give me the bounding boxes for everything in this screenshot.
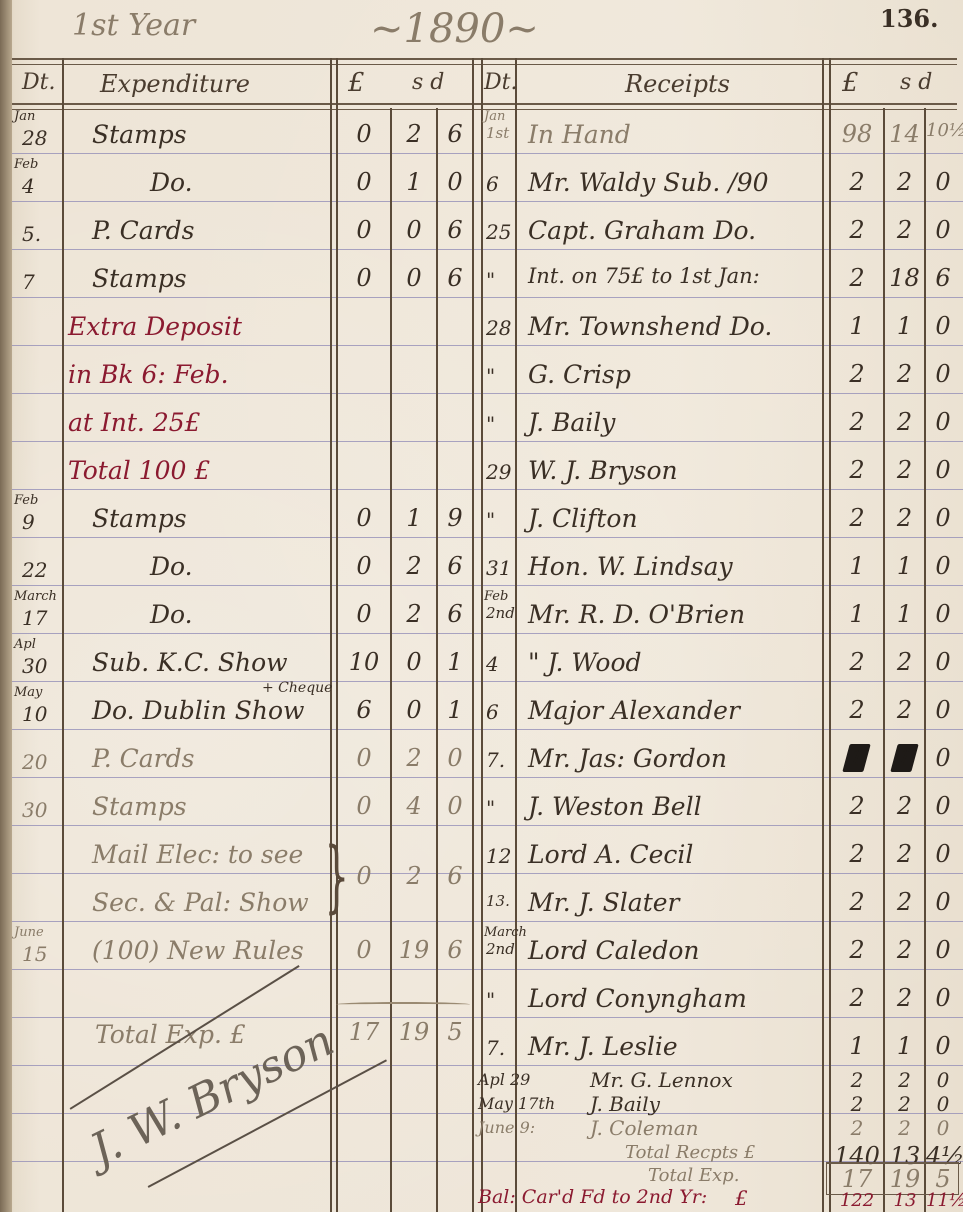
rec-row-day: 12 (486, 844, 511, 868)
exp-row-shillings: 0 (392, 696, 436, 724)
ruled-line (12, 489, 963, 490)
exp-row-day: 30 (22, 654, 47, 678)
total-exp-label: Total Exp. (648, 1165, 739, 1186)
late-row-date: Apl 29 (478, 1070, 530, 1089)
exp-row-shillings: 2 (392, 552, 436, 580)
late-row-pence: 0 (926, 1092, 960, 1116)
rec-date-header: Dt. (484, 70, 517, 95)
exp-row-description: Do. Dublin Show (92, 696, 304, 725)
exp-row-day: 20 (22, 750, 47, 774)
exp-row-description: Mail Elec: to see (92, 840, 303, 869)
exp-row-day: 7 (22, 270, 35, 294)
rec-row-pounds: 2 (831, 792, 883, 820)
rec-row-day: " (486, 988, 495, 1012)
total-exp-pounds: 17 (830, 1165, 884, 1193)
exp-row-shillings: 0 (392, 648, 436, 676)
ruled-line (12, 1065, 963, 1066)
exp-row-description: Do. (150, 552, 193, 581)
exp-row-description: Stamps (92, 504, 187, 533)
exp-row-description: Sub. K.C. Show (92, 648, 288, 677)
exp-row-month: Feb (14, 494, 38, 507)
header-top-rule (12, 58, 957, 60)
rec-row-pounds: 2 (831, 408, 883, 436)
rec-row-description: Mr. J. Leslie (528, 1032, 678, 1061)
rec-row-shillings: 14 (885, 120, 924, 148)
rec-row-pounds: 2 (831, 840, 883, 868)
rec-row-pounds-value: 2 (849, 888, 864, 916)
rec-row-pence: 0 (926, 648, 960, 676)
exp-total-pounds: 17 (338, 1018, 390, 1046)
rec-row-shillings: 1 (885, 552, 924, 580)
rec-row-shillings: 2 (885, 984, 924, 1012)
exp-row-description: Do. (150, 600, 193, 629)
exp-row-day: 9 (22, 510, 35, 534)
rec-row-pounds-value: 1 (849, 552, 864, 580)
exp-row-pounds: 0 (338, 792, 390, 820)
rec-row-day: 6 (486, 700, 499, 724)
page-number: 136. (880, 4, 938, 33)
rec-date-divider (515, 58, 517, 1212)
exp-row-pence: 6 (438, 600, 472, 628)
rec-row-shillings-value: 2 (897, 840, 912, 868)
rec-row-pounds-value: 2 (849, 408, 864, 436)
rec-row-month: Feb (484, 590, 508, 603)
ruled-line (12, 633, 963, 634)
rec-row-shillings-value: 1 (897, 1032, 912, 1060)
late-row-pounds: 2 (831, 1092, 883, 1116)
exp-row-day: 4 (22, 174, 35, 198)
rec-row-description: Mr. R. D. O'Brien (528, 600, 745, 629)
rec-row-pence: 0 (926, 696, 960, 724)
exp-row-day: 10 (22, 702, 47, 726)
rec-row-shillings-value: 2 (897, 360, 912, 388)
rec-row-pounds: 1 (831, 600, 883, 628)
rec-row-day: 7. (486, 1036, 505, 1060)
exp-pounds-header: £ (348, 68, 365, 98)
exp-row-description: (100) New Rules (92, 936, 304, 965)
rec-row-pounds: 1 (831, 552, 883, 580)
rec-row-pence: 0 (926, 552, 960, 580)
late-row-shillings: 2 (885, 1116, 924, 1140)
balance-shillings: 13 (885, 1190, 925, 1211)
rec-row-day: " (486, 268, 495, 292)
rec-row-pounds-value: 2 (849, 360, 864, 388)
rec-row-shillings: 18 (885, 264, 924, 292)
total-exp-shillings: 19 (885, 1165, 925, 1193)
late-row-pounds: 2 (831, 1116, 883, 1140)
rec-row-pence: 0 (926, 168, 960, 196)
rec-row-pounds: 2 (831, 216, 883, 244)
rec-row-pence: 0 (926, 936, 960, 964)
rec-row-pence: 0 (926, 792, 960, 820)
total-receipts-label: Total Recpts £ (625, 1142, 755, 1163)
rec-row-description: " J. Wood (528, 648, 642, 677)
rec-row-pence: 0 (926, 312, 960, 340)
page-divider-1 (472, 58, 474, 1212)
rec-description-header: Receipts (625, 70, 730, 98)
rec-row-shillings: 1 (885, 600, 924, 628)
rec-row-shillings: 2 (885, 504, 924, 532)
exp-row-description: Extra Deposit (68, 312, 242, 341)
rec-row-description: Mr. J. Slater (528, 888, 680, 917)
ruled-line (12, 681, 963, 682)
exp-row-description: Stamps (92, 120, 187, 149)
page-divider-2 (481, 58, 483, 1212)
exp-row-day: 28 (22, 126, 47, 150)
rec-row-description: Major Alexander (528, 696, 740, 725)
late-row-description: J. Coleman (590, 1116, 699, 1140)
exp-row-month: Apl (14, 638, 36, 651)
rec-row-pounds-value: 2 (849, 456, 864, 484)
exp-row-pounds: 0 (338, 264, 390, 292)
rec-row-month: Jan (484, 110, 505, 123)
rec-row-description: Int. on 75£ to 1st Jan: (528, 264, 760, 288)
late-row-pence: 0 (926, 1116, 960, 1140)
late-row-pence: 0 (926, 1068, 960, 1092)
exp-row-pence: 6 (438, 216, 472, 244)
exp-row-pence: 1 (438, 696, 472, 724)
rec-amount-divider-1 (822, 58, 824, 1212)
late-row-shillings: 2 (885, 1092, 924, 1116)
rec-pounds-header: £ (842, 68, 859, 98)
ruled-line (12, 201, 963, 202)
total-separator-line (336, 1002, 470, 1007)
rec-row-day: 2nd (486, 604, 515, 622)
rec-row-shillings: 2 (885, 216, 924, 244)
ruled-line (12, 777, 963, 778)
exp-row-description: Stamps (92, 792, 187, 821)
rec-row-pence: 0 (926, 888, 960, 916)
exp-row-pence: 9 (438, 504, 472, 532)
rec-row-description: Lord Conyngham (528, 984, 747, 1013)
exp-total-pence: 5 (438, 1018, 472, 1046)
late-row-description: Mr. G. Lennox (590, 1068, 733, 1092)
rec-row-pounds: 2 (831, 264, 883, 292)
rec-row-day: 29 (486, 460, 511, 484)
rec-row-shillings-value: 2 (897, 984, 912, 1012)
rec-row-description: In Hand (528, 120, 631, 149)
rec-row-pounds-value: 2 (849, 648, 864, 676)
ruled-line (12, 969, 963, 970)
rec-row-shillings: 2 (885, 936, 924, 964)
exp-row-pounds: 0 (338, 552, 390, 580)
rec-row-shillings: 2 (885, 168, 924, 196)
rec-row-day: 28 (486, 316, 511, 340)
rec-row-shillings-value: 1 (897, 312, 912, 340)
rec-row-pence: 0 (926, 456, 960, 484)
rec-row-shillings-value: 2 (897, 408, 912, 436)
rec-row-shillings-value: 1 (897, 552, 912, 580)
rec-row-pounds: 2 (831, 648, 883, 676)
rec-row-description: J. Baily (528, 408, 615, 437)
exp-row-pounds: 0 (338, 504, 390, 532)
rec-row-pence: 0 (926, 744, 960, 772)
exp-row-month: June (14, 926, 44, 939)
late-row-date: May 17th (478, 1094, 555, 1113)
year-heading: ~1890~ (370, 6, 539, 52)
ruled-line (12, 1017, 963, 1018)
exp-row-day: 17 (22, 606, 47, 630)
rec-row-day: 4 (486, 652, 499, 676)
rec-row-day: " (486, 508, 495, 532)
ruled-line (12, 345, 963, 346)
ruled-line (12, 393, 963, 394)
rec-row-pounds: 2 (831, 936, 883, 964)
rec-row-shillings: 2 (885, 408, 924, 436)
rec-row-pounds-value: 2 (849, 936, 864, 964)
exp-description-header: Expenditure (100, 70, 250, 98)
late-row-shillings: 2 (885, 1068, 924, 1092)
exp-row-pounds: 0 (338, 936, 390, 964)
exp-row-day: 22 (22, 558, 47, 582)
rec-row-pence: 0 (926, 600, 960, 628)
ruled-line (12, 441, 963, 442)
exp-row-shillings: 0 (392, 216, 436, 244)
ruled-line (12, 537, 963, 538)
rec-row-pounds-value: 2 (849, 504, 864, 532)
exp-row-pence: 6 (438, 552, 472, 580)
rec-row-description: Lord Caledon (528, 936, 700, 965)
ledger-page: 1st Year ~1890~ 136. Dt. Expenditure £ s… (0, 0, 963, 1212)
rec-row-pounds-value: 2 (849, 792, 864, 820)
exp-row-pounds: 10 (338, 648, 390, 676)
header-top-rule-2 (12, 64, 957, 65)
rec-sd-header: s d (900, 70, 932, 95)
exp-row-day: 15 (22, 942, 47, 966)
year-label: 1st Year (72, 8, 195, 43)
rec-row-day: 7. (486, 748, 505, 772)
exp-row-month: Feb (14, 158, 38, 171)
rec-row-shillings-value: 2 (897, 792, 912, 820)
rec-row-day: " (486, 364, 495, 388)
rec-row-pence: 0 (926, 504, 960, 532)
exp-row-pence: 0 (438, 744, 472, 772)
rec-row-description: Capt. Graham Do. (528, 216, 756, 245)
rec-row-pounds-value: 2 (849, 984, 864, 1012)
exp-row-description: P. Cards (92, 216, 194, 245)
rec-row-shillings-value: 2 (897, 936, 912, 964)
exp-row-pounds: 0 (338, 120, 390, 148)
rec-row-shillings-value: 2 (897, 504, 912, 532)
exp-row-pence: 6 (438, 936, 472, 964)
rec-row-description: Mr. Waldy Sub. /90 (528, 168, 769, 197)
rec-row-pence: 0 (926, 360, 960, 388)
exp-row-shillings: 19 (392, 936, 436, 964)
rec-row-shillings-value: 1 (897, 600, 912, 628)
exp-row-shillings: 0 (392, 264, 436, 292)
exp-row-pounds: 6 (338, 696, 390, 724)
rec-row-pence: 0 (926, 216, 960, 244)
rec-row-day: 31 (486, 556, 511, 580)
rec-row-pounds: 1 (831, 744, 883, 772)
rec-row-description: Hon. W. Lindsay (528, 552, 733, 581)
rec-row-pounds: 1 (831, 1032, 883, 1060)
rec-row-pounds-value: 2 (849, 696, 864, 724)
rec-row-pounds: 98 (831, 120, 883, 148)
rec-row-description: J. Clifton (528, 504, 638, 533)
rec-row-day: 1st (486, 124, 509, 142)
rec-row-day: " (486, 412, 495, 436)
exp-row-shillings: 1 (392, 504, 436, 532)
rec-row-shillings-value: 2 (897, 168, 912, 196)
rec-row-pounds: 2 (831, 360, 883, 388)
exp-row-pounds: 0 (338, 744, 390, 772)
ruled-line (12, 297, 963, 298)
exp-row-pounds: 0 (338, 216, 390, 244)
exp-row-pounds: 0 (338, 600, 390, 628)
exp-row-pence: 6 (438, 120, 472, 148)
balance-pounds: 122 (830, 1190, 884, 1211)
rec-row-pounds: 2 (831, 984, 883, 1012)
balance-currency: £ (735, 1186, 748, 1210)
exp-row-pounds: 0 (338, 168, 390, 196)
rec-row-shillings: 1 (885, 744, 924, 772)
rec-row-pounds-value: 1 (849, 600, 864, 628)
exp-row-shillings: 2 (392, 744, 436, 772)
exp-date-divider (62, 58, 64, 1212)
rec-row-pounds-value: 98 (842, 120, 873, 148)
rec-row-shillings-value: 14 (889, 120, 920, 148)
exp-row-pence: 6 (438, 862, 472, 890)
rec-row-shillings-value: 2 (897, 888, 912, 916)
rec-row-pounds-value: 1 (843, 744, 872, 772)
rec-row-shillings: 2 (885, 648, 924, 676)
rec-row-pounds-value: 1 (849, 312, 864, 340)
grouping-brace: } (324, 832, 349, 922)
exp-row-month: May (14, 686, 42, 699)
rec-row-pounds-value: 2 (849, 840, 864, 868)
ruled-line (12, 1161, 963, 1162)
late-row-date: June 9: (478, 1118, 535, 1137)
exp-row-shillings: 2 (392, 120, 436, 148)
ruled-line (12, 585, 963, 586)
rec-row-day: 2nd (486, 940, 515, 958)
rec-row-pence: 0 (926, 984, 960, 1012)
ruled-line (12, 873, 963, 874)
exp-row-description: Do. (150, 168, 193, 197)
rec-row-shillings-value: 18 (889, 264, 920, 292)
rec-row-shillings: 1 (885, 312, 924, 340)
exp-row-pence: 0 (438, 792, 472, 820)
rec-row-pounds: 2 (831, 696, 883, 724)
rec-row-pounds: 2 (831, 168, 883, 196)
header-bottom-rule (12, 103, 957, 105)
ruled-line (12, 921, 963, 922)
ruled-line (12, 153, 963, 154)
rec-row-description: G. Crisp (528, 360, 631, 389)
exp-row-description: in Bk 6: Feb. (68, 360, 229, 389)
exp-sd-header: s d (412, 70, 444, 95)
rec-row-description: W. J. Bryson (528, 456, 678, 485)
exp-row-pence: 1 (438, 648, 472, 676)
rec-row-shillings-value: 2 (897, 216, 912, 244)
rec-row-shillings: 2 (885, 360, 924, 388)
rec-row-pounds-value: 2 (849, 264, 864, 292)
exp-row-description: at Int. 25£ (68, 408, 201, 437)
exp-row-shillings: 1 (392, 168, 436, 196)
rec-row-pounds-value: 2 (849, 216, 864, 244)
rec-row-pounds-value: 1 (849, 1032, 864, 1060)
rec-row-pounds: 1 (831, 312, 883, 340)
exp-row-note: + Cheque (262, 682, 332, 695)
rec-row-description: Mr. Jas: Gordon (528, 744, 727, 773)
rec-row-pounds-value: 2 (849, 168, 864, 196)
rec-row-day: 13. (486, 892, 510, 910)
rec-row-month: March (484, 926, 527, 939)
rec-row-pence: 10½ (926, 120, 960, 141)
exp-row-month: March (14, 590, 57, 603)
rec-row-pounds: 2 (831, 456, 883, 484)
exp-row-month: Jan (14, 110, 35, 123)
rec-row-description: Mr. Townshend Do. (528, 312, 772, 341)
ruled-line (12, 825, 963, 826)
late-row-pounds: 2 (831, 1068, 883, 1092)
exp-row-day: 30 (22, 798, 47, 822)
rec-row-shillings: 2 (885, 792, 924, 820)
exp-total-shillings: 19 (392, 1018, 436, 1046)
rec-row-shillings: 2 (885, 888, 924, 916)
rec-row-shillings: 2 (885, 840, 924, 868)
book-binding (0, 0, 12, 1212)
exp-row-description: Total 100 £ (68, 456, 210, 485)
exp-row-shillings: 2 (392, 600, 436, 628)
total-exp-pence: 5 (926, 1165, 960, 1193)
rec-row-pence: 0 (926, 1032, 960, 1060)
exp-row-pence: 6 (438, 264, 472, 292)
rec-row-day: 25 (486, 220, 511, 244)
rec-row-shillings: 2 (885, 696, 924, 724)
exp-row-shillings: 4 (392, 792, 436, 820)
balance-label: Bal: Car'd Fd to 2nd Yr: (478, 1186, 707, 1208)
rec-row-pence: 6 (926, 264, 960, 292)
rec-row-description: J. Weston Bell (528, 792, 702, 821)
rec-row-shillings-value: 1 (890, 744, 919, 772)
exp-row-description: P. Cards (92, 744, 194, 773)
rec-row-shillings-value: 2 (897, 456, 912, 484)
exp-date-header: Dt. (22, 70, 55, 95)
rec-row-pounds: 2 (831, 504, 883, 532)
rec-row-pence: 0 (926, 840, 960, 868)
exp-row-shillings: 2 (392, 862, 436, 890)
exp-row-description: Sec. & Pal: Show (92, 888, 309, 917)
ruled-line (12, 249, 963, 250)
rec-row-description: Lord A. Cecil (528, 840, 693, 869)
rec-row-shillings: 1 (885, 1032, 924, 1060)
ruled-line (12, 729, 963, 730)
rec-row-shillings: 2 (885, 456, 924, 484)
rec-row-shillings-value: 2 (897, 648, 912, 676)
rec-row-shillings-value: 2 (897, 696, 912, 724)
rec-row-day: " (486, 796, 495, 820)
exp-row-day: 5. (22, 222, 41, 246)
exp-row-pence: 0 (438, 168, 472, 196)
rec-row-day: 6 (486, 172, 499, 196)
balance-pence: 11½ (926, 1190, 960, 1211)
late-row-description: J. Baily (590, 1092, 660, 1116)
rec-row-pence: 0 (926, 408, 960, 436)
rec-row-pounds: 2 (831, 888, 883, 916)
exp-row-description: Stamps (92, 264, 187, 293)
